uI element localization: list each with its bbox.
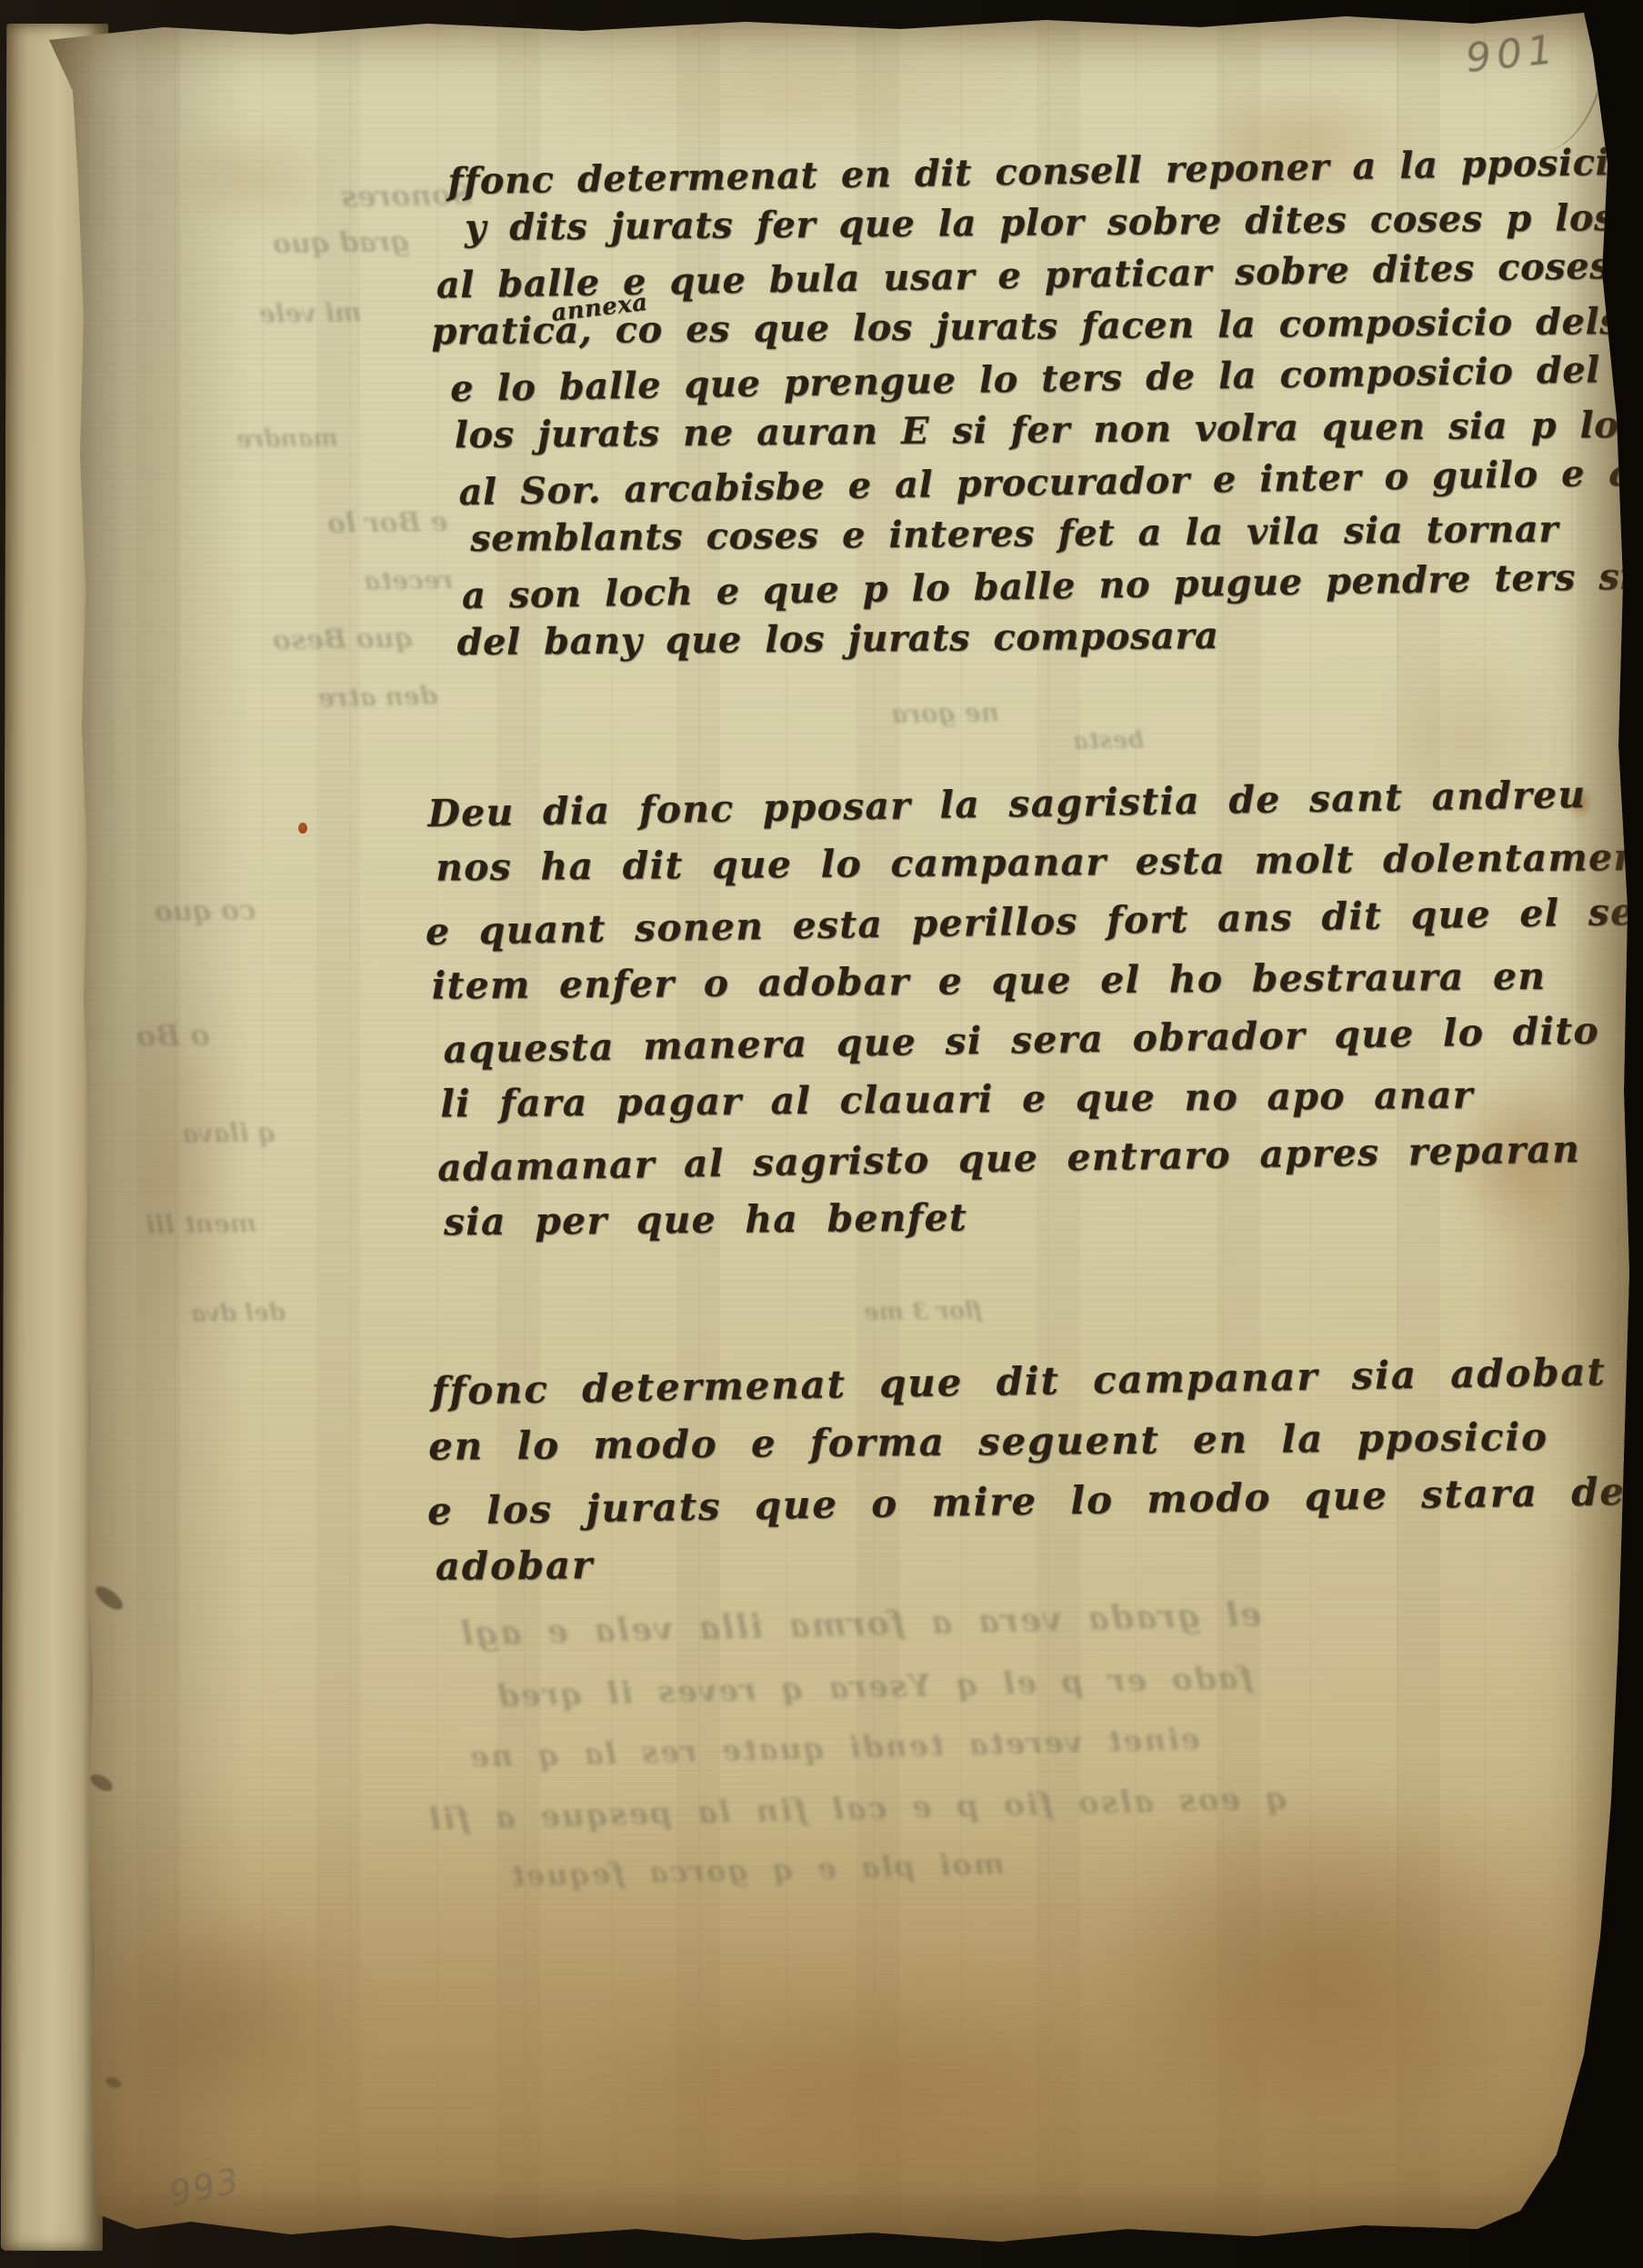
manuscript-page: Sonores grad quo mi vele mandre e Bor lo… <box>0 0 1643 2268</box>
manuscript-scan: Sonores grad quo mi vele mandre e Bor lo… <box>0 0 1643 2268</box>
page-edge-shading <box>47 13 1629 2251</box>
